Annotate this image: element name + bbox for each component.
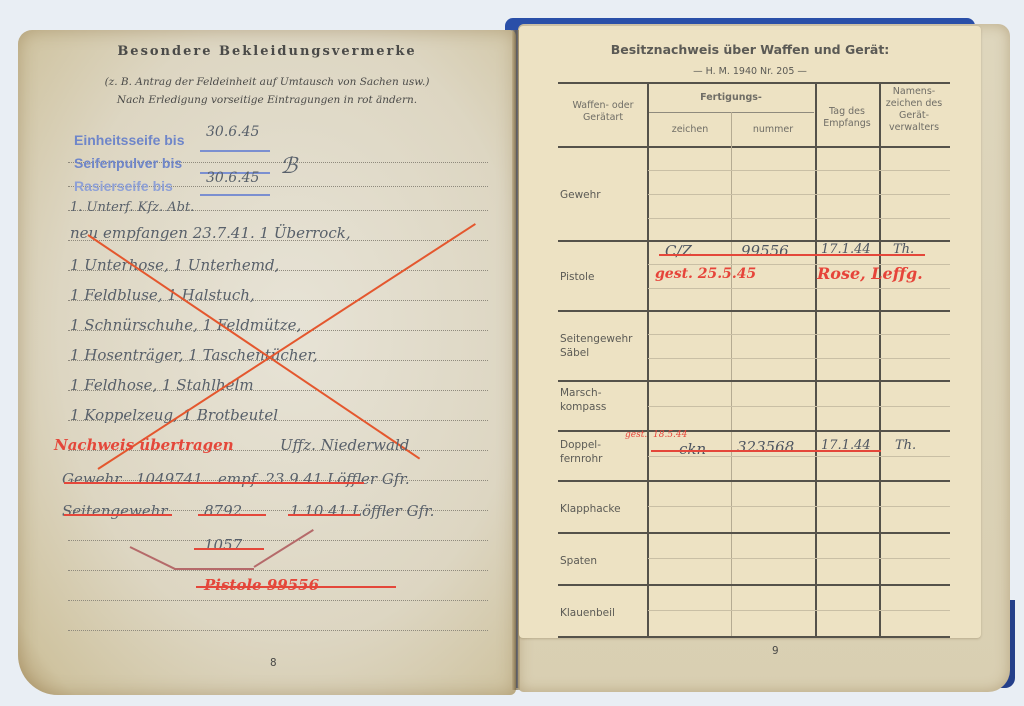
col-header-type: Waffen- oder Gerätart [559,100,647,124]
sub-rule [648,170,950,171]
sub-rule [648,610,950,611]
handwritten-line: 1 Koppelzeug, 1 Brotbeutel [70,406,278,424]
row-label-pistole: Pistole [560,270,594,284]
fernrohr-mark: ckn [679,440,706,458]
left-page-subtitle-1: (z. B. Antrag der Feldeinheit auf Umtaus… [18,76,516,88]
red-strikethrough [194,548,264,550]
red-strikethrough [659,254,925,256]
weapon-line-number: 1057 [204,536,242,554]
handwritten-line: 1 Feldbluse, 1 Halstuch, [70,286,255,304]
row-rule [558,380,950,382]
weapon-line-number: 1049741 [136,470,203,488]
fernrohr-red-note: gest. [625,430,647,440]
table-rule [558,146,950,148]
col-divider [731,112,732,638]
handwritten-line: 1 Schnürschuhe, 1 Feldmütze, [70,316,301,334]
red-strikethrough [198,514,266,516]
row-label-marschkompass: Marsch- kompass [560,386,644,414]
red-strikethrough [196,586,396,588]
col-header-date: Tag des Empfangs [816,106,878,130]
row-rule [558,310,950,312]
row-rule [558,532,950,534]
right-page: Besitznachweis über Waffen und Gerät: — … [519,26,981,638]
table-rule [558,82,950,84]
row-label-klauenbeil: Klauenbeil [560,606,615,620]
col-divider [647,82,649,638]
col-divider [879,82,881,638]
row-label-seitengewehr: Seitengewehr Säbel [560,332,640,360]
pistole-red-note: gest. 25.5.45 [655,266,756,282]
fernrohr-sign: Th. [895,438,916,453]
sub-rule [648,406,950,407]
red-note: Nachweis übertragen [54,436,234,454]
sub-rule [648,194,950,195]
right-page-title: Besitznachweis über Waffen und Gerät: [519,42,981,57]
sub-rule [648,288,950,289]
initials: ℬ [280,154,297,179]
left-page: Besondere Bekleidungsvermerke (z. B. Ant… [18,30,516,695]
stamp-value-einheitsseife: 30.6.45 [206,124,259,140]
pistole-mark: C/Z [665,242,692,260]
signature-note: Uffz. Niederwald [280,436,409,454]
handwritten-line: 1. Unterf. Kfz. Abt. [70,200,194,215]
ruled-line [68,600,488,601]
weapon-line-item: Gewehr [62,470,121,488]
page-number-right: 9 [772,644,779,657]
red-strikethrough [64,514,172,516]
stamp-underline [200,150,270,152]
sub-rule [648,218,950,219]
stamp-seifenpulver: Seifenpulver bis [74,155,182,171]
col-header-production: Fertigungs- [649,92,813,104]
red-strikethrough [64,482,364,484]
row-label-gewehr: Gewehr [560,188,601,202]
fernrohr-number: 323568 [737,438,794,456]
row-label-spaten: Spaten [560,554,597,568]
handwritten-line: 1 Unterhose, 1 Unterhemd, [70,256,279,274]
weapon-line-note: empf. 23.9.41 Löffler Gfr. [218,470,410,488]
stamp-einheitsseife: Einheitsseife bis [74,132,184,148]
sub-rule [648,558,950,559]
sub-rule [648,358,950,359]
pistole-number: 99556 [741,242,789,260]
stamp-underline [200,194,270,196]
col-divider [815,82,817,638]
sub-rule [648,506,950,507]
pistole-red-sign: Rose, Leffg. [817,264,923,283]
ruled-line [68,540,488,541]
row-rule [558,584,950,586]
right-page-subtitle: — H. M. 1940 Nr. 205 — [519,66,981,77]
sub-rule [648,334,950,335]
col-header-number: nummer [732,124,814,136]
row-label-doppelfernrohr: Doppel- fernrohr [560,438,644,466]
row-rule [558,430,950,432]
red-strikethrough [651,450,881,452]
row-label-klapphacke: Klapphacke [560,502,621,516]
col-header-signature: Namens- zeichen des Gerät- verwalters [880,86,948,134]
row-rule [558,636,950,638]
stamp-value-rasierseife: 30.6.45 [206,170,259,186]
red-pistol-line: Pistole 99556 [204,576,319,594]
bracket-stroke [130,546,176,570]
col-header-mark: zeichen [649,124,731,136]
weapon-line-item: Seitengewehr [62,502,168,520]
left-page-title: Besondere Bekleidungsvermerke [18,44,516,59]
weapon-line-number: 8792 [204,502,242,520]
ruled-line [68,570,488,571]
red-strikethrough [288,514,360,516]
ruled-line [68,630,488,631]
left-page-subtitle-2: Nach Erledigung vorseitige Eintragungen … [18,94,516,106]
page-number-left: 8 [270,656,277,669]
handwritten-line: neu empfangen 23.7.41. 1 Überrock, [70,224,351,242]
bracket-stroke [174,568,254,570]
fernrohr-red-date: 18.5.44 [653,430,687,440]
row-rule [558,480,950,482]
stamp-rasierseife: Rasierseife bis [74,178,173,194]
weapon-line-note: 1.10.41 Löffler Gfr. [290,502,434,520]
